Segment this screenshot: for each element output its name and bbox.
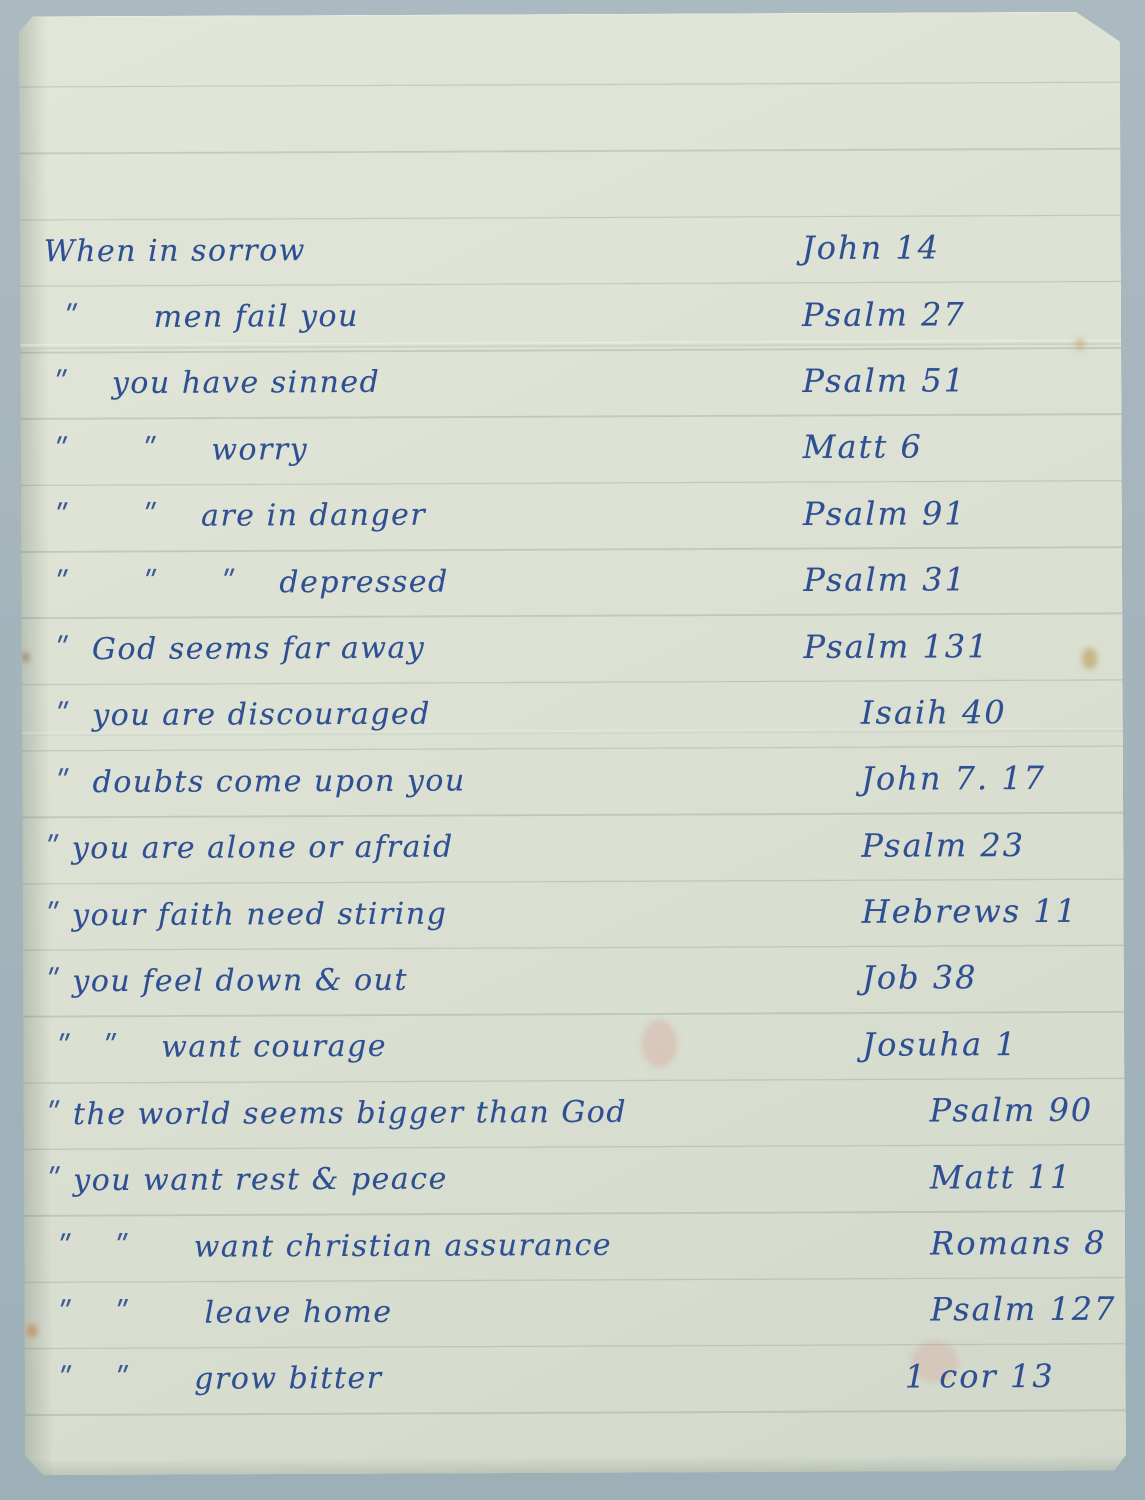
ditto-marks: ʺ ʺ [45, 432, 212, 468]
ditto-marks: ʺ ʺ [47, 1030, 161, 1065]
scripture-reference: Psalm 127 [930, 1290, 1116, 1329]
ditto-marks: ʺ ʺ [48, 1296, 204, 1332]
phrase-text: you are discouraged [92, 697, 431, 733]
scripture-reference: Psalm 27 [802, 295, 966, 334]
verse-list: When in sorrow John 14 ʺ men fail you Ps… [44, 214, 1118, 1414]
list-item: ʺ ʺ ʺ depressed Psalm 31 [45, 546, 1114, 617]
scripture-reference: Psalm 23 [861, 826, 1025, 865]
phrase-text: God seems far away [92, 631, 425, 667]
phrase-text: worry [211, 432, 308, 467]
ditto-marks: ʺ [44, 300, 154, 335]
notebook-page: When in sorrow John 14 ʺ men fail you Ps… [19, 12, 1126, 1476]
phrase-text: When in sorrow [44, 233, 306, 269]
phrase-text: men fail you [154, 299, 359, 335]
phrase-text: you feel down & out [72, 963, 408, 999]
scripture-reference: Psalm 131 [803, 627, 989, 666]
list-item: ʺ ʺ are in danger Psalm 91 [45, 479, 1114, 550]
scripture-reference: Matt 6 [803, 428, 923, 467]
scripture-reference: Psalm 51 [802, 361, 966, 400]
phrase-text: grow bitter [194, 1361, 382, 1397]
list-item: ʺ God seems far away Psalm 131 [45, 612, 1114, 683]
ditto-marks: ʺ [48, 1097, 73, 1132]
ditto-marks: ʺ [48, 1163, 73, 1198]
list-item: ʺ ʺ grow bitter 1 cor 13 [49, 1342, 1118, 1413]
scripture-reference: Isaih 40 [861, 693, 1007, 732]
list-item: ʺ the world seems bigger than God Psalm … [47, 1077, 1116, 1148]
list-item: ʺ you have sinned Psalm 51 [44, 346, 1113, 417]
phrase-text: you have sinned [112, 365, 381, 401]
phrase-text: are in danger [201, 498, 426, 534]
ditto-marks: ʺ [46, 632, 93, 667]
phrase-text: your faith need stiring [72, 896, 447, 933]
scripture-reference: 1 cor 13 [905, 1357, 1055, 1396]
scripture-reference: Psalm 31 [803, 560, 967, 599]
list-item: ʺ you are alone or afraid Psalm 23 [46, 811, 1115, 882]
list-item: ʺ you are discouraged Isaih 40 [46, 678, 1115, 749]
phrase-text: you want rest & peace [73, 1162, 448, 1199]
ditto-marks: ʺ [46, 699, 93, 734]
photo-background: When in sorrow John 14 ʺ men fail you Ps… [0, 0, 1145, 1500]
scripture-reference: John 14 [802, 229, 940, 268]
phrase-text: want christian assurance [194, 1227, 613, 1264]
ditto-marks: ʺ ʺ [48, 1229, 194, 1265]
scripture-reference: John 7. 17 [861, 759, 1046, 798]
list-item: ʺ ʺ want christian assurance Romans 8 [48, 1209, 1117, 1280]
ditto-marks: ʺ ʺ [49, 1362, 195, 1398]
ditto-marks: ʺ ʺ [45, 499, 201, 535]
list-item: ʺ you feel down & out Job 38 [47, 944, 1116, 1015]
phrase-text: you are alone or afraid [72, 830, 454, 867]
ditto-marks: ʺ [47, 964, 72, 999]
list-item: ʺ ʺ worry Matt 6 [45, 413, 1114, 484]
list-item: ʺ ʺ want courage Josuha 1 [47, 1010, 1116, 1081]
scripture-reference: Psalm 91 [803, 494, 967, 533]
ditto-marks: ʺ ʺ ʺ [45, 565, 279, 601]
list-item: ʺ your faith need stiring Hebrews 11 [47, 878, 1116, 949]
list-item: ʺ ʺ leave home Psalm 127 [48, 1276, 1117, 1347]
scripture-reference: Matt 11 [930, 1157, 1073, 1196]
ditto-marks: ʺ [44, 366, 112, 401]
list-item: ʺ doubts come upon you John 7. 17 [46, 745, 1115, 816]
ditto-marks: ʺ [46, 765, 93, 800]
scripture-reference: Romans 8 [930, 1224, 1107, 1263]
phrase-text: the world seems bigger than God [73, 1095, 627, 1132]
list-item: When in sorrow John 14 [44, 214, 1113, 285]
scripture-reference: Job 38 [862, 959, 978, 998]
ditto-marks: ʺ [47, 898, 72, 933]
phrase-text: depressed [279, 564, 449, 600]
scripture-reference: Hebrews 11 [862, 892, 1078, 931]
ditto-marks: ʺ [46, 831, 71, 866]
phrase-text: leave home [204, 1295, 392, 1331]
paper-edge-shadow [25, 1455, 1126, 1476]
phrase-text: doubts come upon you [93, 763, 466, 800]
scripture-reference: Josuha 1 [862, 1025, 1018, 1064]
list-item: ʺ men fail you Psalm 27 [44, 280, 1113, 351]
list-item: ʺ you want rest & peace Matt 11 [48, 1143, 1117, 1214]
scripture-reference: Psalm 90 [930, 1091, 1094, 1130]
phrase-text: want courage [161, 1029, 387, 1065]
